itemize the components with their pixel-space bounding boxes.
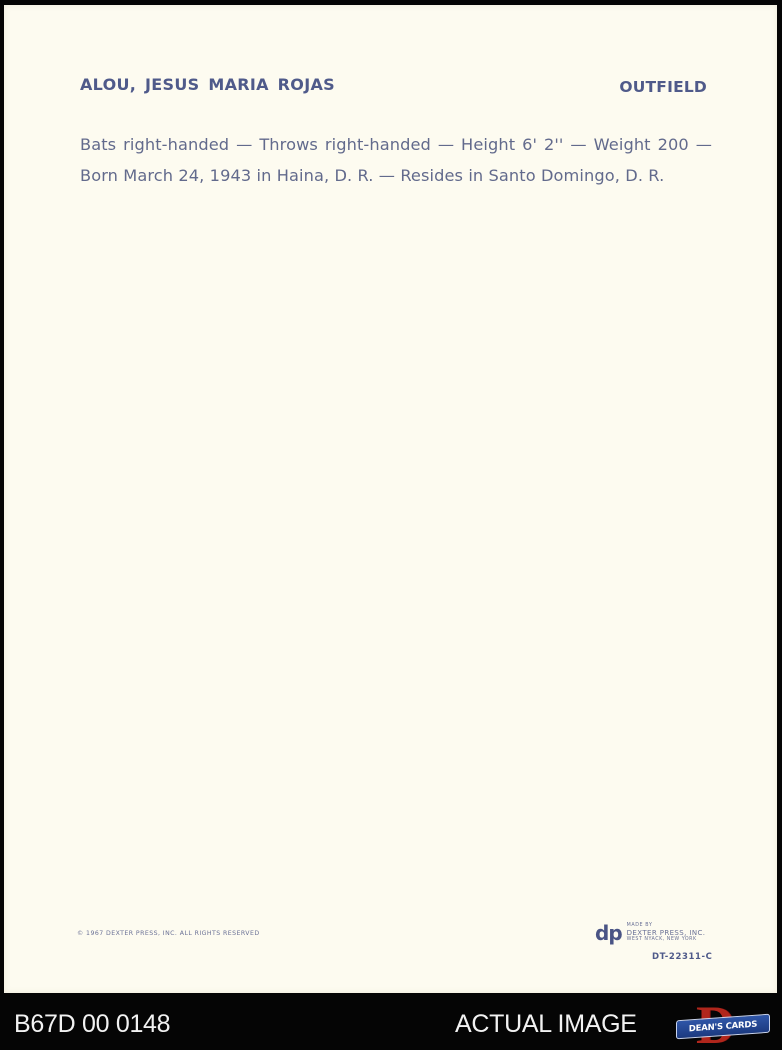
deans-cards-logo-icon: D DEAN'S CARDS xyxy=(676,1003,770,1048)
player-position: OUTFIELD xyxy=(619,78,707,96)
dexter-press-logo-icon: dp xyxy=(595,923,622,943)
player-bio: Bats right-handed — Throws right-handed … xyxy=(80,129,712,191)
actual-image-label: ACTUAL IMAGE xyxy=(455,1010,637,1039)
inventory-id: B67D 00 0148 xyxy=(14,1010,170,1039)
copyright-notice: © 1967 DEXTER PRESS, INC. ALL RIGHTS RES… xyxy=(77,930,260,937)
maker-text: MADE BY DEXTER PRESS, INC. WEST NYACK, N… xyxy=(627,923,706,943)
card-back: ALOU, JESUS MARIA ROJAS OUTFIELD Bats ri… xyxy=(4,5,777,993)
logo-banner-text: DEAN'S CARDS xyxy=(689,1019,757,1034)
logo-banner: DEAN'S CARDS xyxy=(676,1014,770,1040)
player-name: ALOU, JESUS MARIA ROJAS xyxy=(80,75,335,94)
maker-block: dp MADE BY DEXTER PRESS, INC. WEST NYACK… xyxy=(595,923,705,943)
maker-line-3: WEST NYACK, NEW YORK xyxy=(627,937,706,943)
card-number: DT-22311-C xyxy=(652,952,712,962)
maker-line-2: DEXTER PRESS, INC. xyxy=(627,929,706,937)
